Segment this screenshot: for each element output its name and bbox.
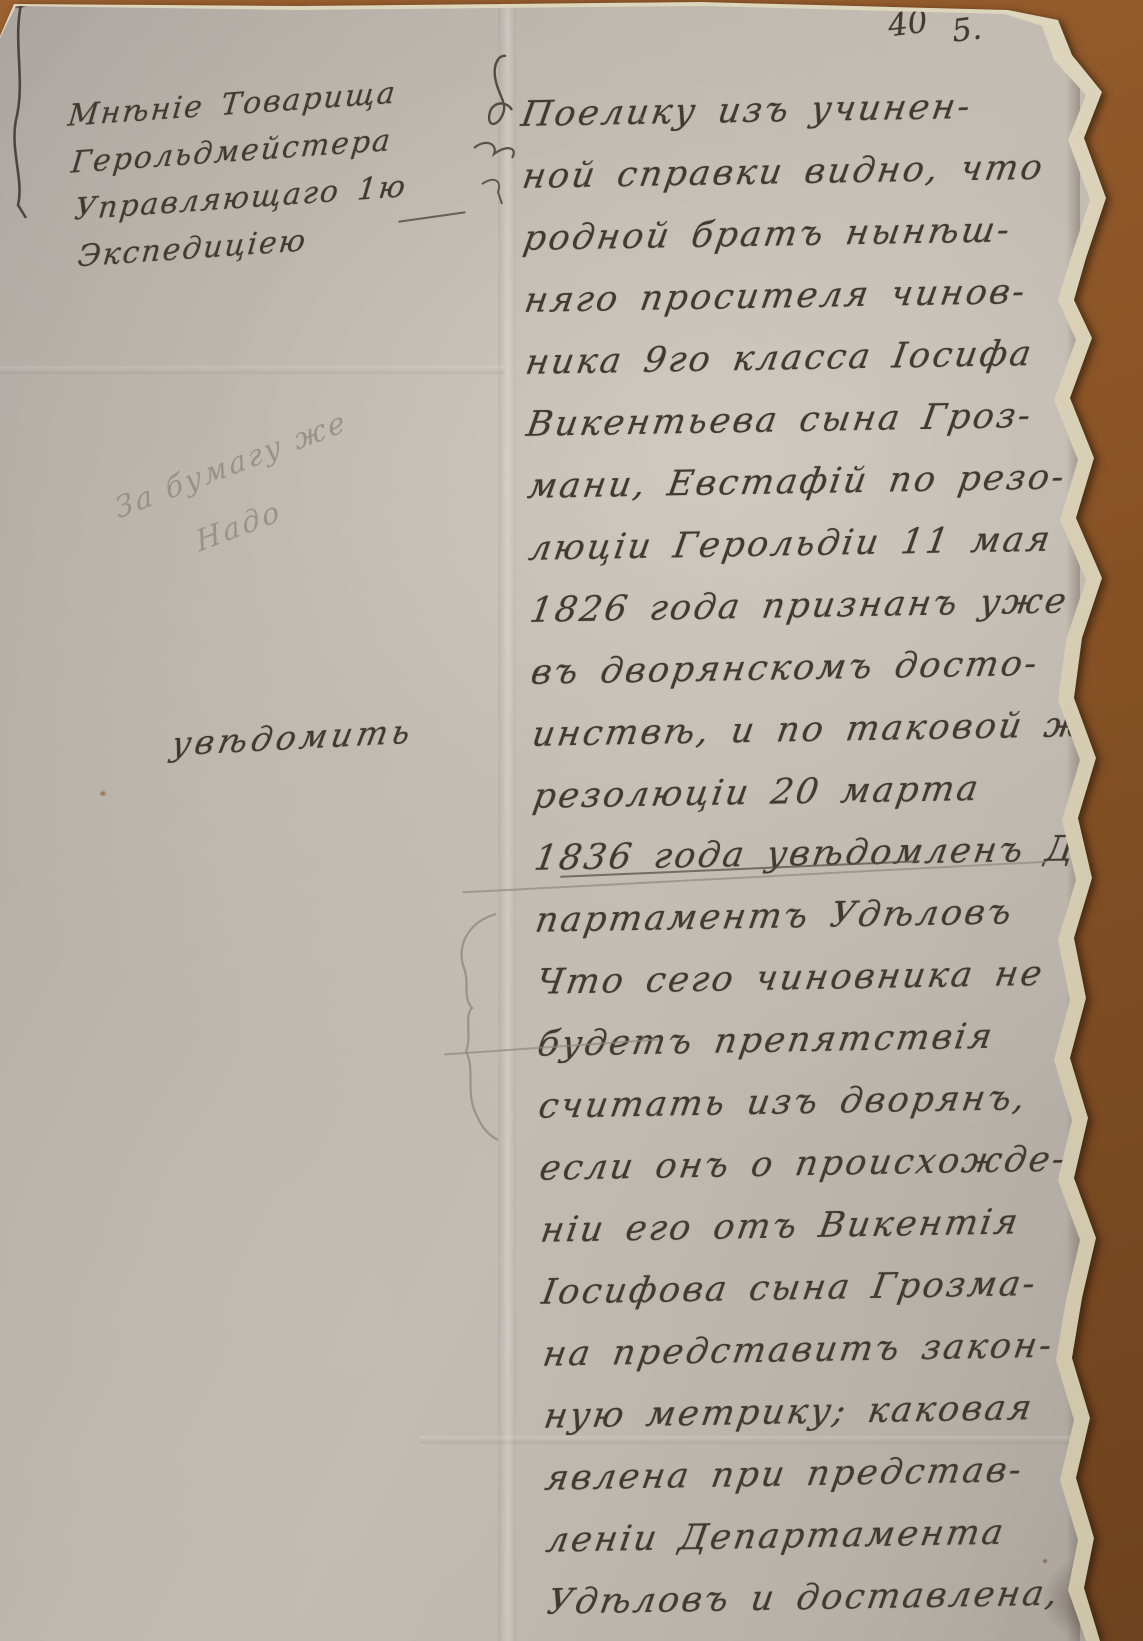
binding-thread-mark [0,0,50,220]
photo-stage: 40 5. Мнѣніе ТоварищаГерольдмейстераУпра… [0,0,1143,1641]
manuscript-line: ной справки видно, что [517,140,1087,212]
horizontal-crease-upper [0,366,505,374]
manuscript-line: въ дворянскомъ досто- [526,636,1096,708]
manuscript-line: Іосифова сына Грозма- [537,1256,1107,1328]
photograph-of-archival-manuscript: { "page": { "folio_number": "40", "secon… [0,0,1143,1641]
main-text-column: Поелику изъ учинен-ной справки видно, чт… [515,78,1102,1638]
manuscript-line: ніи его отъ Викентія [536,1194,1106,1266]
manuscript-line: 1826 года признанъ уже [525,574,1095,646]
manuscript-line: Что сего чиновника не [531,946,1101,1018]
margin-heading: Мнѣніе ТоварищаГерольдмейстераУправляюща… [62,65,514,283]
manuscript-line: будетъ препятствія [532,1008,1102,1080]
manuscript-line: няго просителя чинов- [519,264,1089,336]
manuscript-line: если онъ о происхожде- [534,1132,1104,1204]
manuscript-line: леніи Департамента [541,1504,1111,1576]
foxing-spot [638,116,643,121]
manuscript-line: ника 9го класса Іосифа [520,326,1090,398]
manuscript-line: люціи Герольдіи 11 мая [524,512,1094,584]
manuscript-line: мани, Евстафій по резо- [523,450,1093,522]
manuscript-line: считать изъ дворянъ, [533,1070,1103,1142]
manuscript-line: явлена при представ- [540,1442,1110,1514]
manuscript-page: 40 5. Мнѣніе ТоварищаГерольдмейстераУпра… [0,0,1143,1641]
foxing-spot [1042,1558,1048,1564]
paraph-flourish-mark [468,52,528,242]
pencil-brace-mark [438,912,508,1142]
manuscript-line: партаментъ Удѣловъ [530,884,1100,956]
manuscript-line: резолюціи 20 марта [528,760,1098,832]
manuscript-line: ную метрику; каковая [539,1380,1109,1452]
foxing-spot [99,790,107,797]
manuscript-line: Поелику изъ учинен- [516,78,1086,150]
manuscript-line: Удѣловъ и доставлена, [542,1566,1112,1638]
manuscript-line: Викентьева сына Гроз- [521,388,1091,460]
manuscript-line: инствѣ, и по таковой же [527,698,1097,770]
secondary-folio-number: 5. [950,10,984,49]
docket-note: увѣдомить [168,711,417,763]
manuscript-line: родной братъ нынѣш- [518,202,1088,274]
manuscript-line: на представитъ закон- [538,1318,1108,1390]
pencil-annotation: За бумагу же Надо [112,403,364,584]
